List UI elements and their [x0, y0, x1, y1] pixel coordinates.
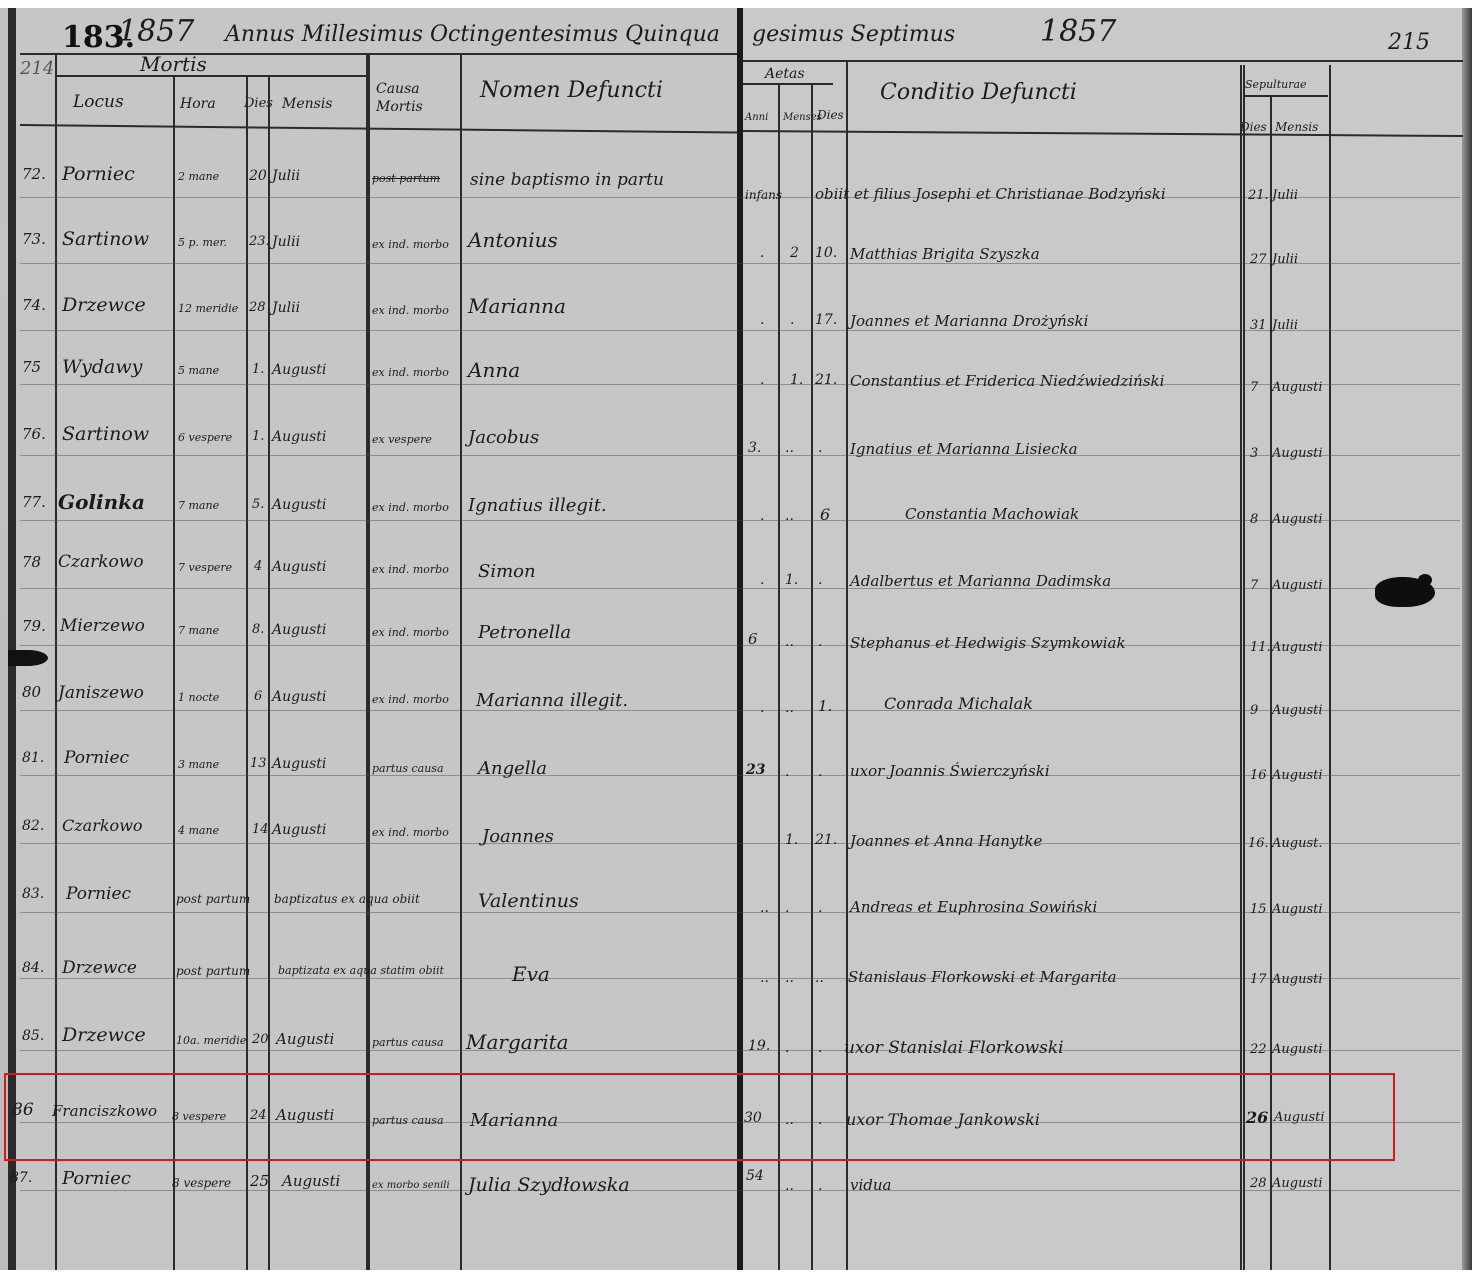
- entry-number: 81.: [22, 750, 44, 766]
- row-rule: [20, 263, 1460, 264]
- entry-number: 80: [22, 683, 41, 701]
- entry-locus: Sartinow: [62, 228, 149, 250]
- entry-mensis: Augusti: [272, 822, 326, 838]
- row-rule: [20, 197, 1460, 198]
- entry-hora: 5 mane: [178, 364, 219, 377]
- entry-number: 87.: [10, 1170, 32, 1186]
- entry-menses: ..: [785, 440, 794, 456]
- entry-locus: Mierzewo: [60, 616, 145, 636]
- entry-hora: 1 nocte: [178, 691, 219, 704]
- header-top-rule-left: [20, 53, 737, 55]
- entry-conditio: Ignatius et Marianna Lisiecka: [850, 440, 1078, 458]
- header-sep-mensis: Mensis: [1275, 120, 1318, 134]
- entry-mensis: Julii: [272, 234, 300, 250]
- entry-dies: 20: [249, 168, 267, 184]
- entry-anni: 54: [746, 1168, 764, 1184]
- entry-anni: 6: [748, 630, 758, 648]
- entry-nomen: Antonius: [468, 228, 558, 252]
- entry-sep-dies: 27: [1250, 252, 1267, 267]
- entry-menses: ..: [785, 970, 794, 986]
- entry-dies: 1.: [252, 362, 264, 377]
- entry-mensis: Augusti: [276, 1030, 334, 1048]
- entry-conditio: uxor Joannis Świerczyński: [850, 762, 1050, 780]
- ink-blot-small: [1418, 574, 1432, 586]
- entry-number: 77.: [22, 493, 46, 511]
- entry-dies: 23.: [249, 234, 270, 249]
- entry-nomen: Marianna: [468, 294, 566, 318]
- row-rule: [20, 645, 1460, 646]
- entry-number: 84.: [22, 960, 44, 976]
- entry-number: 79.: [22, 617, 46, 635]
- entry-dies-aetas: .: [818, 634, 822, 650]
- entry-mensis: Augusti: [272, 622, 326, 638]
- entry-anni: ..: [760, 970, 769, 986]
- entry-locus: Golinka: [58, 490, 145, 514]
- header-conditio-defuncti: Conditio Defuncti: [880, 80, 1077, 105]
- row-rule: [20, 912, 1460, 913]
- entry-sep-dies: 9: [1250, 703, 1258, 718]
- entry-conditio: Stanislaus Florkowski et Margarita: [848, 968, 1117, 986]
- entry-locus: Porniec: [66, 884, 131, 904]
- entry-sep-dies: 8: [1250, 512, 1258, 527]
- entry-sep-mensis: Augusti: [1272, 972, 1323, 987]
- row-rule: [20, 1190, 1460, 1191]
- entry-sep-mensis: Augusti: [1272, 703, 1323, 718]
- entry-nomen: Petronella: [478, 622, 571, 643]
- entry-menses: 1.: [790, 372, 803, 388]
- header-aetas: Aetas: [765, 66, 805, 82]
- entry-sep-mensis: Augusti: [1272, 446, 1323, 461]
- entry-mensis: Augusti: [272, 559, 326, 575]
- entry-dies-aetas: .: [818, 1040, 822, 1056]
- sepulturae-group-rule: [1243, 95, 1328, 97]
- entry-hora: 7 mane: [178, 499, 219, 512]
- entry-number: 76.: [22, 425, 46, 443]
- entry-sep-dies: 11.: [1250, 640, 1271, 655]
- row-rule: [20, 330, 1460, 331]
- entry-hora: 6 vespere: [178, 431, 232, 444]
- entry-dies-aetas: ..: [815, 970, 824, 986]
- entry-anni: .: [760, 572, 764, 588]
- row-rule: [20, 520, 1460, 521]
- entry-dies-aetas: .: [818, 572, 822, 588]
- entry-locus: Porniec: [64, 748, 129, 768]
- entry-hora: 7 mane: [178, 624, 219, 637]
- entry-sep-dies: 15: [1250, 902, 1267, 917]
- entry-sep-dies: 28: [1250, 1176, 1267, 1191]
- title-left: Annus Millesimus Octingentesimus Quinqua: [225, 22, 720, 47]
- entry-dies-aetas: .: [818, 440, 822, 456]
- entry-anni: .: [760, 372, 764, 388]
- entry-nomen: Marianna illegit.: [476, 690, 628, 711]
- entry-causa: ex ind. morbo: [372, 366, 449, 379]
- entry-sep-mensis: Augusti: [1272, 380, 1323, 395]
- entry-causa: ex ind. morbo: [372, 304, 449, 317]
- entry-dies: 4: [254, 559, 262, 574]
- entry-anni: .: [760, 312, 764, 328]
- entry-sep-dies: 16.: [1248, 836, 1269, 851]
- entry-locus: Czarkowo: [58, 552, 144, 572]
- entry-mensis: baptizatus ex aqua obiit: [274, 892, 420, 906]
- entry-mensis: Julii: [272, 168, 300, 184]
- entry-locus: Drzewce: [62, 294, 146, 316]
- entry-mensis: Augusti: [272, 429, 326, 445]
- entry-conditio: Joannes et Anna Hanytke: [850, 832, 1042, 850]
- entry-nomen: Angella: [478, 758, 547, 779]
- entry-hora: 2 mane: [178, 170, 219, 183]
- entry-causa: ex ind. morbo: [372, 501, 449, 514]
- header-mortis: Mortis: [140, 52, 207, 76]
- entry-dies-aetas: 21.: [815, 372, 837, 388]
- year-left: 1857: [118, 14, 194, 49]
- entry-locus: Porniec: [62, 163, 135, 185]
- entry-mensis: Augusti: [272, 756, 326, 772]
- entry-sep-mensis: August.: [1272, 836, 1322, 851]
- entry-number: 83.: [22, 886, 44, 902]
- entry-dies: 5.: [252, 497, 264, 512]
- entry-nomen: Anna: [468, 358, 520, 382]
- entry-sep-mensis: Julii: [1272, 318, 1298, 333]
- entry-dies-aetas: .: [818, 764, 822, 780]
- entry-causa: ex ind. morbo: [372, 826, 449, 839]
- entry-mensis: Augusti: [272, 362, 326, 378]
- entry-nomen: Eva: [512, 962, 550, 986]
- header-dies-aetas: Dies: [817, 108, 844, 122]
- entry-mensis: Augusti: [282, 1172, 340, 1190]
- entry-causa: ex ind. morbo: [372, 563, 449, 576]
- entry-sep-mensis: Julii: [1272, 188, 1298, 203]
- entry-dies: 6: [254, 689, 262, 704]
- entry-mensis: baptizata ex aqua statim obiit: [278, 964, 444, 977]
- entry-sep-mensis: Augusti: [1272, 902, 1323, 917]
- entry-causa: ex morbo senili: [372, 1180, 450, 1191]
- entry-sep-mensis: Julii: [1272, 252, 1298, 267]
- entry-menses: ..: [785, 634, 794, 650]
- entry-conditio: uxor Stanislai Florkowski: [844, 1038, 1064, 1058]
- entry-nomen: Ignatius illegit.: [468, 495, 607, 516]
- aetas-group-rule: [743, 83, 833, 85]
- entry-nomen: Simon: [478, 561, 536, 582]
- entry-causa: ex vespere: [372, 433, 432, 446]
- entry-conditio: vidua: [850, 1176, 891, 1194]
- entry-menses: .: [790, 312, 794, 328]
- entry-nomen: sine baptismo in partu: [470, 170, 664, 190]
- entry-number: 78: [22, 553, 41, 571]
- entry-number: 73.: [22, 230, 46, 248]
- entry-menses: 1.: [785, 832, 798, 848]
- entry-dies: 28: [249, 300, 266, 315]
- entry-dies: 8.: [252, 622, 264, 637]
- entry-conditio: Joannes et Marianna Drożyński: [850, 312, 1088, 330]
- title-right: gesimus Septimus: [752, 22, 955, 47]
- header-mensis: Mensis: [282, 96, 332, 112]
- entry-conditio: Andreas et Euphrosina Sowiński: [850, 898, 1097, 916]
- page-tab-marker: [8, 650, 48, 666]
- entry-conditio: Adalbertus et Marianna Dadimska: [850, 572, 1111, 590]
- year-right: 1857: [1040, 14, 1116, 49]
- entry-conditio: Stephanus et Hedwigis Szymkowiak: [850, 634, 1126, 652]
- entry-sep-dies: 3: [1250, 446, 1258, 461]
- entry-anni: .: [760, 700, 764, 716]
- entry-anni: .: [760, 508, 764, 524]
- header-menses: Menses: [783, 112, 822, 123]
- entry-causa: ex ind. morbo: [372, 238, 449, 251]
- header-hora: Hora: [180, 96, 216, 112]
- entry-sep-mensis: Augusti: [1272, 578, 1323, 593]
- entry-nomen: Jacobus: [468, 427, 539, 448]
- row-rule: [20, 1050, 1460, 1051]
- entry-sep-mensis: Augusti: [1272, 768, 1323, 783]
- entry-hora: 10a. meridie: [176, 1034, 246, 1047]
- entry-sep-mensis: Augusti: [1272, 1042, 1323, 1057]
- entry-conditio: obiit et filius Josephi et Christianae B…: [815, 185, 1166, 203]
- entry-anni: .: [760, 245, 764, 261]
- entry-hora: post partum: [176, 892, 250, 906]
- entry-sep-dies: 16: [1250, 768, 1267, 783]
- header-causa-mortis: Causa Mortis: [376, 80, 456, 116]
- entry-causa: ex ind. morbo: [372, 693, 449, 706]
- entry-locus: Drzewce: [62, 958, 137, 978]
- entry-locus: Czarkowo: [62, 816, 143, 835]
- entry-locus: Sartinow: [62, 423, 149, 445]
- book-right-edge: [1462, 8, 1472, 1270]
- entry-sep-mensis: Augusti: [1272, 512, 1323, 527]
- entry-sep-mensis: Augusti: [1272, 640, 1323, 655]
- entry-anni: ..: [760, 900, 769, 916]
- entry-hora: 8 vespere: [172, 1176, 231, 1190]
- page-number: 215: [1388, 30, 1430, 55]
- row-rule: [20, 384, 1460, 385]
- entry-locus: Porniec: [62, 1168, 131, 1189]
- entry-nomen: Joannes: [482, 826, 554, 847]
- entry-menses: 1.: [785, 572, 798, 588]
- entry-menses: ..: [785, 1178, 794, 1194]
- entry-menses: .: [785, 1040, 789, 1056]
- entry-conditio: Constantia Machowiak: [905, 505, 1079, 523]
- entry-sep-mensis: Augusti: [1272, 1176, 1323, 1191]
- entry-hora: 3 mane: [178, 758, 219, 771]
- entry-locus: Drzewce: [62, 1024, 146, 1046]
- entry-anni: infans: [745, 188, 782, 202]
- entry-dies-aetas: 1.: [818, 697, 832, 715]
- entry-mensis: Julii: [272, 300, 300, 316]
- header-nomen-defuncti: Nomen Defuncti: [480, 78, 663, 103]
- header-anni: Anni: [745, 112, 768, 123]
- row-rule: [20, 588, 1460, 589]
- entry-mensis: Augusti: [272, 689, 326, 705]
- entry-hora: 7 vespere: [178, 561, 232, 574]
- entry-dies-aetas: 10.: [815, 245, 837, 261]
- entry-conditio: Conrada Michalak: [884, 694, 1033, 713]
- entry-86-highlight-box: [4, 1073, 1395, 1161]
- entry-causa: ex ind. morbo: [372, 626, 449, 639]
- entry-causa: post partum: [372, 172, 440, 185]
- entry-nomen: Julia Szydłowska: [468, 1174, 630, 1196]
- entry-menses: ..: [785, 508, 794, 524]
- entry-sep-dies: 21.: [1248, 188, 1269, 203]
- entry-dies: 25: [250, 1172, 269, 1190]
- entry-dies: 20: [252, 1032, 269, 1047]
- entry-dies: 13: [250, 756, 267, 771]
- entry-number: 74.: [22, 296, 46, 314]
- entry-locus: Janiszewo: [58, 683, 144, 703]
- entry-locus: Wydawy: [62, 356, 142, 378]
- entry-causa: partus causa: [372, 1036, 444, 1049]
- entry-anni: 19.: [748, 1038, 770, 1054]
- entry-causa: partus causa: [372, 762, 444, 775]
- entry-sep-dies: 7: [1250, 380, 1258, 395]
- entry-sep-dies: 17: [1250, 972, 1267, 987]
- entry-number: 72.: [22, 165, 46, 183]
- entry-dies-aetas: 6: [820, 505, 830, 524]
- entry-dies: 1.: [252, 429, 264, 444]
- entry-hora: 4 mane: [178, 824, 219, 837]
- header-locus: Locus: [73, 92, 124, 112]
- row-rule: [20, 775, 1460, 776]
- entry-number: 75: [22, 358, 41, 376]
- entry-anni: 23: [746, 762, 765, 778]
- entry-dies-aetas: 17.: [815, 312, 837, 328]
- entry-menses: 2: [790, 245, 799, 261]
- entry-menses: .: [785, 764, 789, 780]
- left-margin-mark: 214: [20, 58, 54, 79]
- entry-mensis: Augusti: [272, 497, 326, 513]
- entry-sep-dies: 31: [1250, 318, 1267, 333]
- entry-hora: 5 p. mer.: [178, 236, 227, 249]
- entry-anni: 3.: [748, 440, 761, 456]
- entry-hora: post partum: [176, 964, 250, 978]
- entry-dies-aetas: .: [818, 1178, 822, 1194]
- entry-number: 82.: [22, 818, 44, 834]
- entry-nomen: Margarita: [466, 1030, 569, 1054]
- entry-conditio: Constantius et Friderica Niedźwiedziński: [850, 372, 1164, 390]
- row-rule: [20, 843, 1460, 844]
- entry-menses: ..: [785, 700, 794, 716]
- entry-conditio: Matthias Brigita Szyszka: [850, 245, 1040, 263]
- entry-hora: 12 meridie: [178, 302, 238, 315]
- header-sepulturae: Sepulturae: [1245, 78, 1307, 91]
- row-rule: [20, 978, 1460, 979]
- row-rule: [20, 455, 1460, 456]
- row-rule: [20, 710, 1460, 711]
- header-top-rule-right: [743, 60, 1463, 62]
- entry-dies-aetas: 21.: [815, 832, 837, 848]
- entry-sep-dies: 7: [1250, 578, 1258, 593]
- mortis-group-rule: [57, 75, 367, 77]
- entry-dies-aetas: .: [818, 900, 822, 916]
- entry-nomen: Valentinus: [478, 890, 579, 912]
- entry-number: 85.: [22, 1028, 44, 1044]
- entry-menses: .: [785, 900, 789, 916]
- entry-sep-dies: 22: [1250, 1042, 1267, 1057]
- entry-dies: 14: [252, 822, 269, 837]
